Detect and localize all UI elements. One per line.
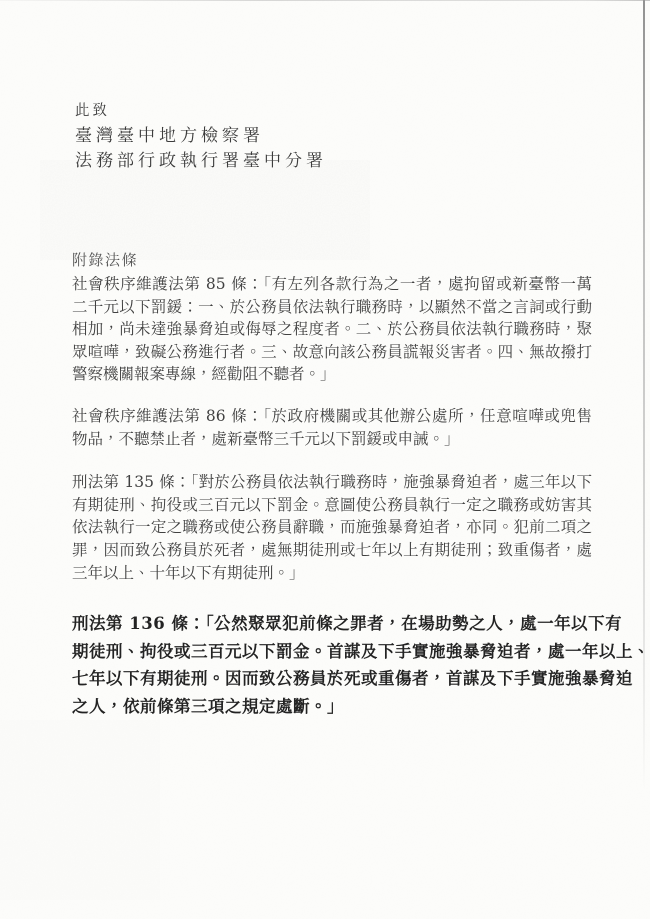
closing-block: 此致 臺灣臺中地方檢察署法務部行政執行署臺中分署 [75, 99, 327, 173]
scan-edge-line-right [643, 0, 645, 790]
text-line: 刑法第 135 條：「對於公務員依法執行職務時，施強暴脅迫者，處三年以下 [72, 471, 592, 494]
recipient-list: 臺灣臺中地方檢察署法務部行政執行署臺中分署 [75, 124, 327, 173]
text-line: 三年以上、十年以下有期徒刑。」 [72, 562, 592, 585]
appendix-title: 附錄法條 [72, 251, 592, 270]
scan-smudge-bottom-left [0, 720, 160, 900]
legal-paragraph-social-order-act-86: 社會秩序維護法第 86 條：「於政府機關或其他辦公處所，任意喧嘩或兜售物品，不聽… [72, 405, 592, 450]
text-line: 有期徒刑、拘役或三百元以下罰金。意圖使公務員執行一定之職務或妨害其 [72, 494, 592, 517]
text-line: 刑法第 136 條：「公然聚眾犯前條之罪者，在場助勢之人，處一年以下有 [72, 610, 592, 638]
legal-paragraph-criminal-code-136: 刑法第 136 條：「公然聚眾犯前條之罪者，在場助勢之人，處一年以下有期徒刑、拘… [72, 610, 592, 720]
scanned-legal-document-page: 此致 臺灣臺中地方檢察署法務部行政執行署臺中分署 附錄法條 社會秩序維護法第 8… [0, 0, 650, 919]
text-line: 眾喧嘩，致礙公務進行者。三、故意向該公務員謊報災害者。四、無故撥打 [72, 341, 592, 364]
text-line: 社會秩序維護法第 86 條：「於政府機關或其他辦公處所，任意喧嘩或兜售 [72, 405, 592, 428]
scan-smudge-patch [40, 160, 370, 260]
scan-edge-line-top [0, 0, 650, 1]
legal-paragraph-social-order-act-85: 社會秩序維護法第 85 條：「有左列各款行為之一者，處拘留或新臺幣一萬二千元以下… [72, 273, 592, 386]
recipient-line: 法務部行政執行署臺中分署 [75, 149, 327, 174]
text-line: 相加，尚未達強暴脅迫或侮辱之程度者。二、於公務員依法執行職務時，聚 [72, 318, 592, 341]
text-line: 罪，因而致公務員於死者，處無期徒刑或七年以上有期徒刑；致重傷者，處 [72, 539, 592, 562]
text-line: 物品，不聽禁止者，處新臺幣三千元以下罰鍰或申誡。」 [72, 428, 592, 451]
text-line: 期徒刑、拘役或三百元以下罰金。首謀及下手實施強暴脅迫者，處一年以上、 [72, 638, 592, 666]
text-line: 警察機關報案專線，經勸阻不聽者。」 [72, 363, 592, 386]
legal-paragraphs: 社會秩序維護法第 85 條：「有左列各款行為之一者，處拘留或新臺幣一萬二千元以下… [72, 273, 592, 720]
text-line: 二千元以下罰鍰：一、於公務員依法執行職務時，以顯然不當之言詞或行動 [72, 296, 592, 319]
text-line: 依法執行一定之職務或使公務員辭職，而施強暴脅迫者，亦同。犯前二項之 [72, 516, 592, 539]
text-line: 社會秩序維護法第 85 條：「有左列各款行為之一者，處拘留或新臺幣一萬 [72, 273, 592, 296]
text-line: 七年以下有期徒刑。因而致公務員於死或重傷者，首謀及下手實施強暴脅迫 [72, 665, 592, 693]
recipient-line: 臺灣臺中地方檢察署 [75, 124, 327, 149]
legal-paragraph-criminal-code-135: 刑法第 135 條：「對於公務員依法執行職務時，施強暴脅迫者，處三年以下有期徒刑… [72, 471, 592, 584]
text-line: 之人，依前條第三項之規定處斷。」 [72, 693, 592, 721]
appendix-of-statutes: 附錄法條 社會秩序維護法第 85 條：「有左列各款行為之一者，處拘留或新臺幣一萬… [72, 251, 592, 720]
salutation: 此致 [75, 99, 327, 124]
